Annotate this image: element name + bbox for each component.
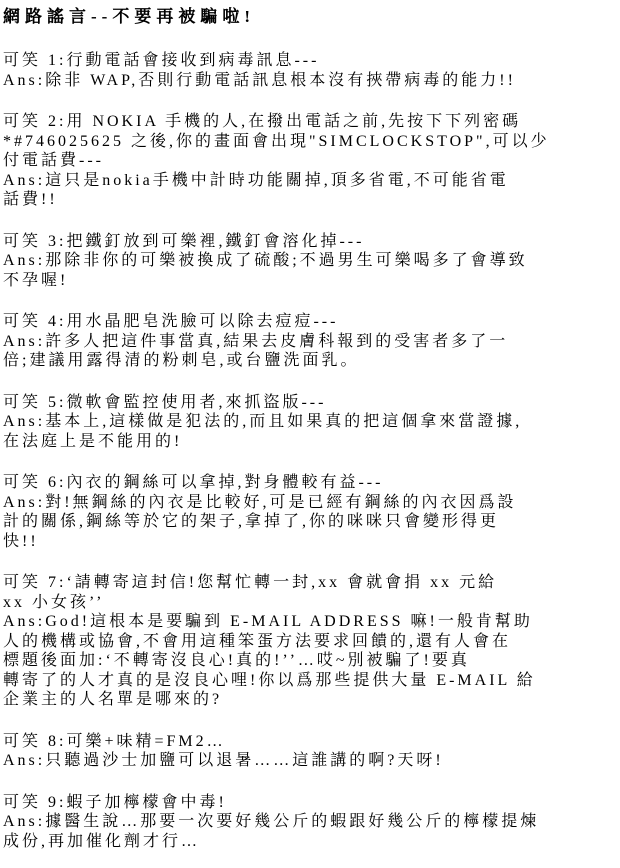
text-line: xx 小女孩’’ <box>3 593 618 613</box>
text-line: 可笑 2:用 NOKIA 手機的人,在撥出電話之前,先按下下列密碼 <box>3 112 618 132</box>
text-line: *#746025625 之後,你的畫面會出現"SIMCLOCKSTOP",可以少 <box>3 132 618 152</box>
text-line: 可笑 3:把鐵釘放到可樂裡,鐵釘會溶化掉--- <box>3 232 618 252</box>
text-line: Ans:除非 WAP,否則行動電話訊息根本沒有挾帶病毒的能力!! <box>3 71 618 91</box>
text-paragraph-item-4: 可笑 4:用水晶肥皂洗臉可以除去痘痘---Ans:許多人把這件事當真,結果去皮膚… <box>3 312 618 371</box>
text-paragraph-item-8: 可笑 8:可樂+味精=FM2…Ans:只聽過沙士加鹽可以退暑……這誰講的啊?天呀… <box>3 732 618 771</box>
document-body: 可笑 1:行動電話會接收到病毒訊息---Ans:除非 WAP,否則行動電話訊息根… <box>3 51 618 851</box>
text-line: 可笑 4:用水晶肥皂洗臉可以除去痘痘--- <box>3 312 618 332</box>
text-paragraph-item-5: 可笑 5:微軟會監控使用者,來抓盜版---Ans:基本上,這樣做是犯法的,而且如… <box>3 393 618 452</box>
text-paragraph-item-2: 可笑 2:用 NOKIA 手機的人,在撥出電話之前,先按下下列密碼*#74602… <box>3 112 618 210</box>
text-line: 計的關係,鋼絲等於它的架子,拿掉了,你的咪咪只會變形得更 <box>3 512 618 532</box>
text-line: 企業主的人名單是哪來的? <box>3 690 618 710</box>
text-line: 可笑 7:‘請轉寄這封信!您幫忙轉一封,xx 會就會捐 xx 元給 <box>3 573 618 593</box>
text-line: Ans:許多人把這件事當真,結果去皮膚科報到的受害者多了一 <box>3 332 618 352</box>
text-line: 可笑 9:蝦子加檸檬會中毒! <box>3 793 618 813</box>
text-paragraph-item-7: 可笑 7:‘請轉寄這封信!您幫忙轉一封,xx 會就會捐 xx 元給xx 小女孩’… <box>3 573 618 710</box>
text-line: 可笑 8:可樂+味精=FM2… <box>3 732 618 752</box>
text-line: 話費!! <box>3 190 618 210</box>
text-line: Ans:只聽過沙士加鹽可以退暑……這誰講的啊?天呀! <box>3 751 618 771</box>
text-line: Ans:God!這根本是要騙到 E-MAIL ADDRESS 嘛!一般肯幫助 <box>3 612 618 632</box>
text-paragraph-item-1: 可笑 1:行動電話會接收到病毒訊息---Ans:除非 WAP,否則行動電話訊息根… <box>3 51 618 90</box>
text-paragraph-item-6: 可笑 6:內衣的鋼絲可以拿掉,對身體較有益---Ans:對!無鋼絲的內衣是比較好… <box>3 473 618 551</box>
text-line: 不孕喔! <box>3 271 618 291</box>
text-line: 倍;建議用露得清的粉刺皂,或台鹽洗面乳。 <box>3 351 618 371</box>
text-line: 付電話費--- <box>3 151 618 171</box>
text-line: Ans:對!無鋼絲的內衣是比較好,可是已經有鋼絲的內衣因爲設 <box>3 493 618 513</box>
text-line: Ans:那除非你的可樂被換成了硫酸;不過男生可樂喝多了會導致 <box>3 251 618 271</box>
text-line: 可笑 6:內衣的鋼絲可以拿掉,對身體較有益--- <box>3 473 618 493</box>
document: 網路謠言--不要再被騙啦! 可笑 1:行動電話會接收到病毒訊息---Ans:除非… <box>0 0 620 851</box>
text-line: Ans:這只是nokia手機中計時功能關掉,頂多省電,不可能省電 <box>3 171 618 191</box>
text-line: 標題後面加:‘不轉寄沒良心!真的!’’…哎~別被騙了!要真 <box>3 651 618 671</box>
text-paragraph-item-9: 可笑 9:蝦子加檸檬會中毒!Ans:據醫生說…那要一次要好幾公斤的蝦跟好幾公斤的… <box>3 793 618 852</box>
text-line: Ans:基本上,這樣做是犯法的,而且如果真的把這個拿來當證據, <box>3 412 618 432</box>
text-line: 快!! <box>3 532 618 552</box>
text-line: 人的機構或協會,不會用這種笨蛋方法要求回饋的,還有人會在 <box>3 632 618 652</box>
text-line: 成份,再加催化劑才行… <box>3 832 618 852</box>
text-line: 可笑 5:微軟會監控使用者,來抓盜版--- <box>3 393 618 413</box>
document-title: 網路謠言--不要再被騙啦! <box>3 7 618 27</box>
text-line: 在法庭上是不能用的! <box>3 432 618 452</box>
text-line: 可笑 1:行動電話會接收到病毒訊息--- <box>3 51 618 71</box>
text-line: 轉寄了的人才真的是沒良心哩!你以爲那些提供大量 E-MAIL 給 <box>3 671 618 691</box>
text-line: Ans:據醫生說…那要一次要好幾公斤的蝦跟好幾公斤的檸檬提煉 <box>3 812 618 832</box>
text-paragraph-item-3: 可笑 3:把鐵釘放到可樂裡,鐵釘會溶化掉---Ans:那除非你的可樂被換成了硫酸… <box>3 232 618 291</box>
